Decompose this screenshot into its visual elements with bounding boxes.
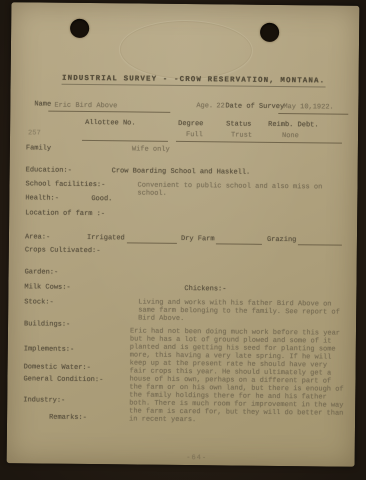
buildings-label: Buildings:- bbox=[24, 320, 70, 328]
family-label: Family bbox=[26, 144, 51, 152]
notes-paragraph: Eric had not been doing much work before… bbox=[129, 327, 348, 425]
family-value: Wife only bbox=[132, 145, 170, 153]
location-of-farm-label: Location of farm :- bbox=[25, 209, 105, 218]
name-value: Eric Bird Above bbox=[54, 102, 117, 111]
domestic-water-label: Domestic Water:- bbox=[24, 363, 91, 372]
age-label: Age. bbox=[196, 102, 213, 110]
status-header: Status bbox=[226, 120, 251, 128]
paper-sheet: INDUSTRIAL SURVEY - -CROW RESERVATION, M… bbox=[7, 2, 360, 467]
reimb-debt-value: None bbox=[282, 132, 299, 140]
name-underline bbox=[48, 111, 170, 113]
health-value: Good. bbox=[91, 195, 112, 203]
name-label: Name bbox=[34, 100, 51, 108]
remarks-label: Remarks:- bbox=[49, 414, 87, 422]
education-label: Education:- bbox=[26, 166, 72, 174]
document-title-text: INDUSTRIAL SURVEY - -CROW RESERVATION, M… bbox=[62, 75, 325, 88]
school-facilities-value: Convenient to public school and also mis… bbox=[137, 182, 335, 200]
scanned-document: INDUSTRIAL SURVEY - -CROW RESERVATION, M… bbox=[0, 0, 366, 480]
date-of-survey-value: May 10,1922. bbox=[283, 103, 334, 112]
garden-label: Garden:- bbox=[25, 268, 59, 276]
industry-label: Industry:- bbox=[23, 396, 65, 404]
stock-value: Living and works with his father Bird Ab… bbox=[138, 299, 350, 325]
degree-underline bbox=[176, 141, 222, 142]
allottee-no-header: Allottee No. bbox=[85, 119, 136, 128]
punch-hole-right bbox=[260, 23, 279, 42]
allottee-underline bbox=[82, 140, 168, 142]
area-irrigated-label: Irrigated bbox=[87, 234, 125, 242]
general-condition-label: General Condition:- bbox=[23, 375, 103, 384]
age-value: 22 bbox=[216, 102, 224, 110]
grazing-underline bbox=[298, 244, 342, 245]
education-value: Crow Boarding School and Haskell. bbox=[112, 167, 251, 176]
stock-label: Stock:- bbox=[24, 298, 53, 306]
school-facilities-label: School facilities:- bbox=[25, 180, 105, 189]
date-underline bbox=[278, 113, 348, 115]
area-label: Area:- bbox=[25, 233, 50, 241]
punch-hole-left bbox=[70, 19, 89, 38]
date-of-survey-label: Date of Survey bbox=[225, 102, 284, 111]
allottee-no-value: 257 bbox=[28, 129, 41, 137]
implements-label: Implements:- bbox=[24, 345, 75, 354]
reimb-debt-header: Reimb. Debt. bbox=[268, 121, 319, 130]
irrigated-underline bbox=[127, 242, 177, 244]
area-grazing-label: Grazing bbox=[267, 236, 296, 244]
embossed-seal bbox=[119, 19, 254, 80]
dry-farm-underline bbox=[216, 243, 262, 244]
document-title: INDUSTRIAL SURVEY - -CROW RESERVATION, M… bbox=[59, 75, 329, 86]
reimb-underline bbox=[266, 142, 342, 144]
degree-header: Degree bbox=[178, 120, 203, 128]
page-number: -64- bbox=[157, 454, 237, 463]
status-underline bbox=[222, 141, 266, 142]
crops-cultivated-label: Crops Cultivated:- bbox=[25, 246, 101, 255]
degree-value: Full bbox=[186, 131, 203, 139]
status-value: Trust bbox=[231, 131, 252, 139]
health-label: Health:- bbox=[25, 194, 59, 202]
chickens-label: Chickens:- bbox=[184, 285, 226, 293]
area-dry-farm-label: Dry Farm bbox=[181, 235, 215, 243]
milk-cows-label: Milk Cows:- bbox=[24, 283, 70, 291]
